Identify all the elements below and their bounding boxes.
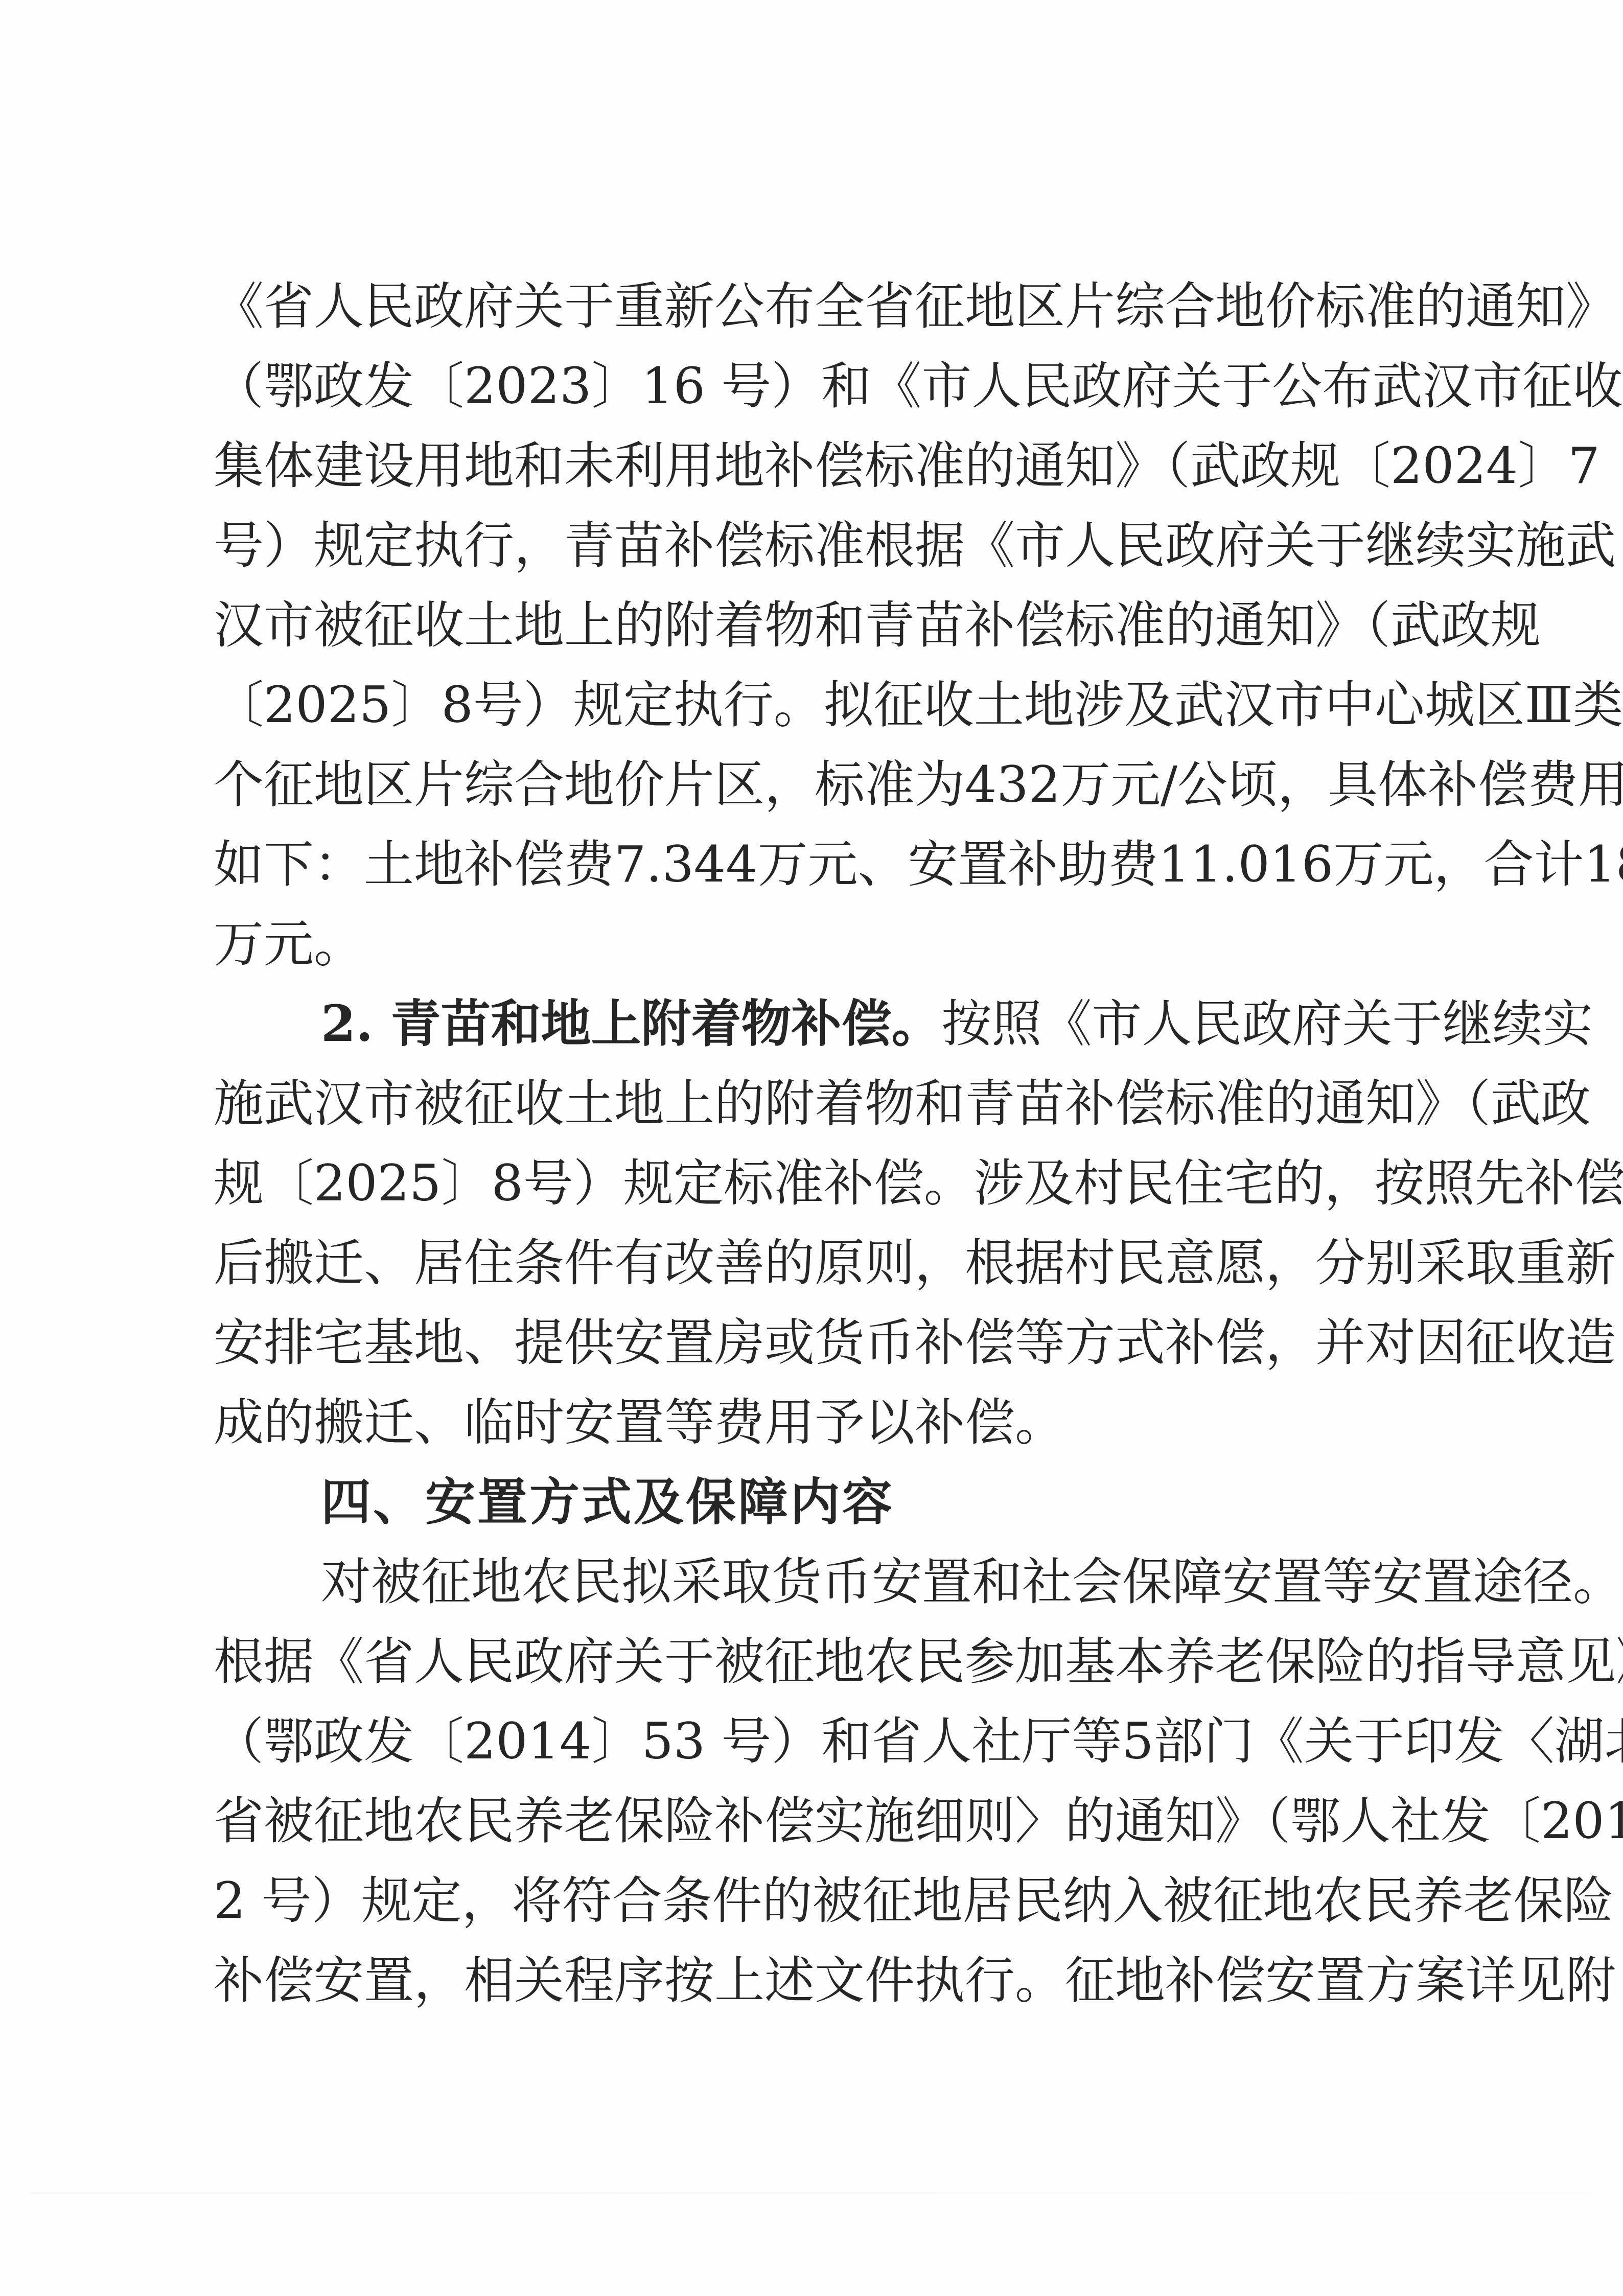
item-2-line-5: 安排宅基地、提供安置房或货币补偿等方式补偿，并对因征收造 — [214, 1315, 1425, 1395]
paragraph-1-line-6: 〔2025〕8号）规定执行。拟征收土地涉及武汉市中心城区Ⅲ类1 — [214, 677, 1425, 757]
paragraph-1-line-7: 个征地区片综合地价片区，标准为432万元/公顷，具体补偿费用 — [214, 757, 1425, 837]
item-2-first-line: 2. 青苗和地上附着物补偿。按照《市人民政府关于继续实 — [321, 996, 1425, 1076]
paragraph-1-line-5: 汉市被征收土地上的附着物和青苗补偿标准的通知》（武政规 — [214, 597, 1425, 677]
item-2-title: 2. 青苗和地上附着物补偿。 — [321, 994, 941, 1053]
section-4-line-4: 省被征地农民养老保险补偿实施细则〉的通知》（鄂人社发〔2015〕 — [214, 1793, 1425, 1873]
item-2-line-6: 成的搬迁、临时安置等费用予以补偿。 — [214, 1395, 1425, 1474]
paragraph-1-line-1: 《省人民政府关于重新公布全省征地区片综合地价标准的通知》 — [214, 279, 1425, 358]
section-4-line-3: （鄂政发〔2014〕53 号）和省人社厅等5部门《关于印发〈湖北 — [214, 1713, 1425, 1793]
section-4-line-6: 补偿安置，相关程序按上述文件执行。征地补偿安置方案详见附 — [214, 1953, 1425, 2032]
scan-artifact-line — [31, 2192, 1589, 2194]
paragraph-1-line-8: 如下：土地补偿费7.344万元、安置补助费11.016万元，合计18.36 — [214, 837, 1425, 916]
item-2-line-1: 按照《市人民政府关于继续实 — [941, 995, 1592, 1053]
paragraph-1-line-3: 集体建设用地和未利用地补偿标准的通知》（武政规〔2024〕7 — [214, 438, 1425, 518]
paragraph-1-line-9: 万元。 — [214, 916, 1425, 996]
item-2-line-4: 后搬迁、居住条件有改善的原则，根据村民意愿，分别采取重新 — [214, 1235, 1425, 1315]
document-page: 《省人民政府关于重新公布全省征地区片综合地价标准的通知》 （鄂政发〔2023〕1… — [0, 0, 1623, 2296]
section-4-line-1: 对被征地农民拟采取货币安置和社会保障安置等安置途径。 — [321, 1554, 1425, 1634]
item-2-line-2: 施武汉市被征收土地上的附着物和青苗补偿标准的通知》（武政 — [214, 1076, 1425, 1155]
section-4-heading: 四、安置方式及保障内容 — [321, 1474, 1425, 1554]
item-2-line-3: 规〔2025〕8号）规定标准补偿。涉及村民住宅的，按照先补偿 — [214, 1155, 1425, 1235]
section-4-line-2: 根据《省人民政府关于被征地农民参加基本养老保险的指导意见》 — [214, 1634, 1425, 1713]
paragraph-1-line-4: 号）规定执行，青苗补偿标准根据《市人民政府关于继续实施武 — [214, 518, 1425, 597]
paragraph-1-line-2: （鄂政发〔2023〕16 号）和《市人民政府关于公布武汉市征收 — [214, 358, 1425, 438]
section-4-line-5: 2 号）规定，将符合条件的被征地居民纳入被征地农民养老保险 — [214, 1873, 1425, 1953]
